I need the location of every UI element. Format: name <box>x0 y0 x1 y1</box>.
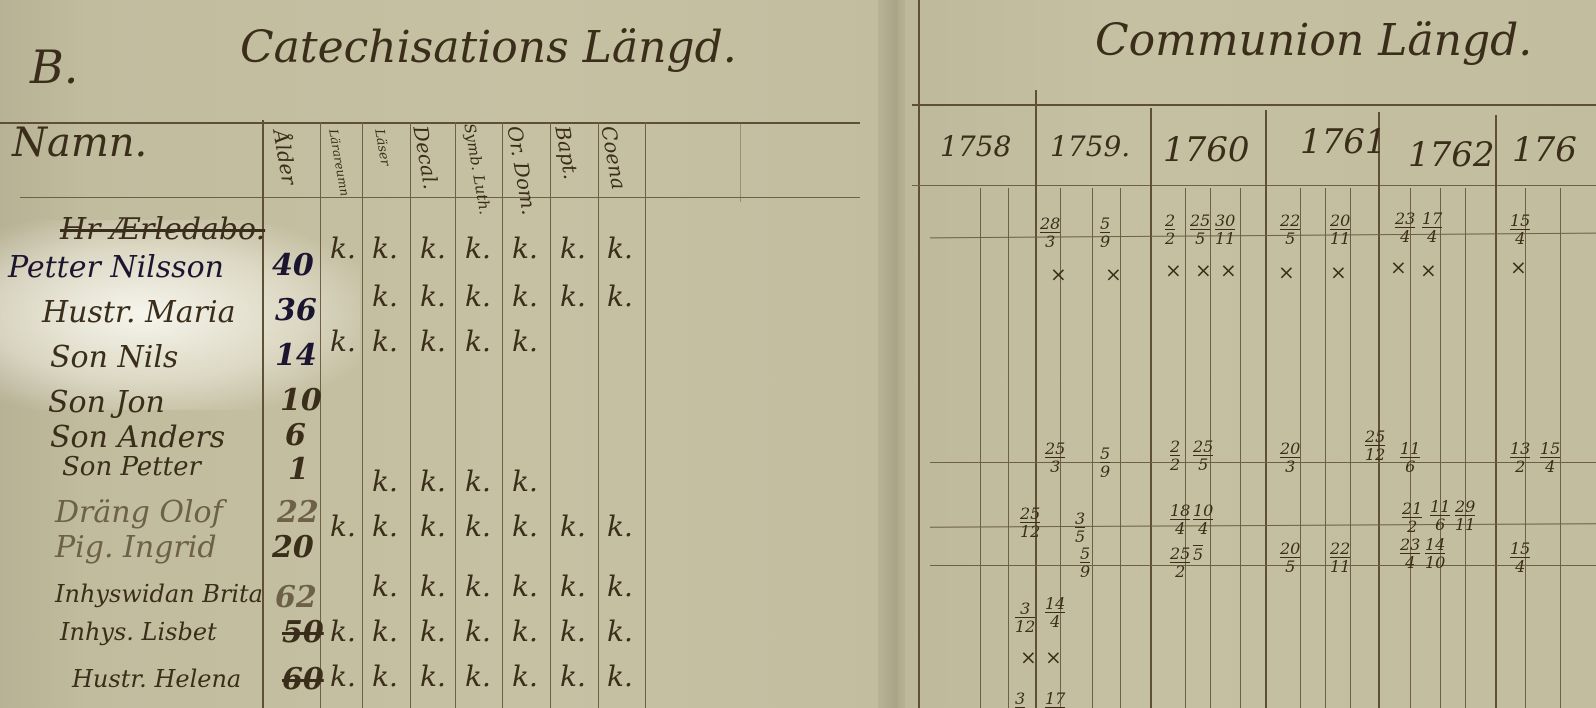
right-margin-rule <box>918 0 920 708</box>
x-mark: × <box>1278 260 1295 284</box>
age-row-6: 1 <box>288 452 309 487</box>
communion-date: 255 <box>1193 438 1213 473</box>
mark-k: k. <box>607 660 633 693</box>
communion-date: 59 <box>1100 445 1110 480</box>
age-row-1: 40 <box>272 248 314 283</box>
mark-k: k. <box>330 510 356 543</box>
name-row-11: Hustr. Helena <box>72 665 241 693</box>
x-mark: × <box>1165 258 1182 282</box>
communion-date: 252 <box>1170 545 1190 580</box>
communion-date: 154 <box>1540 440 1560 475</box>
x-mark: × <box>1195 258 1212 282</box>
mark-k: k. <box>512 615 538 648</box>
communion-date: 35 <box>1075 510 1085 545</box>
x-mark: × <box>1420 258 1437 282</box>
mark-k: k. <box>420 325 446 358</box>
age-row-7: 22 <box>277 495 319 530</box>
year-divider <box>1378 112 1380 708</box>
year-divider <box>1495 115 1497 708</box>
mark-k: k. <box>465 570 491 603</box>
x-mark: × <box>1220 258 1237 282</box>
age-row-11: 60 <box>282 662 324 697</box>
year-divider <box>1150 108 1152 708</box>
sub-column-rule <box>1185 188 1186 708</box>
mark-k: k. <box>607 615 633 648</box>
mark-k: k. <box>560 660 586 693</box>
communion-date: 212 <box>1402 500 1422 535</box>
mark-k: k. <box>372 232 398 265</box>
mark-k: k. <box>560 510 586 543</box>
mark-k: k. <box>420 615 446 648</box>
col-divider <box>362 122 363 708</box>
mark-k: k. <box>372 465 398 498</box>
communion-date: 144 <box>1045 595 1065 630</box>
mark-k: k. <box>420 510 446 543</box>
sub-column-rule <box>1092 188 1093 708</box>
sub-column-rule <box>1440 188 1441 708</box>
x-mark: × <box>1105 262 1122 286</box>
communion-date: 2911 <box>1455 498 1475 533</box>
header-rule-bottom <box>20 197 860 198</box>
name-row-1: Petter Nilsson <box>8 250 224 285</box>
mark-k: k. <box>372 615 398 648</box>
mark-k: k. <box>560 280 586 313</box>
sub-column-rule <box>1325 188 1326 708</box>
age-row-2: 36 <box>275 293 317 328</box>
mark-k: k. <box>512 660 538 693</box>
age-row-10: 50 <box>282 615 324 650</box>
communion-date: 116 <box>1400 440 1420 475</box>
col-divider <box>645 122 646 708</box>
sub-column-rule <box>1465 188 1466 708</box>
communion-date: 174 <box>1422 210 1442 245</box>
name-row-5: Son Anders <box>50 420 225 455</box>
name-row-0: Hr Ærledabo. <box>60 212 265 247</box>
name-row-8: Pig. Ingrid <box>55 530 217 565</box>
col-divider <box>740 122 741 202</box>
mark-k: k. <box>372 325 398 358</box>
year-rule-top <box>912 104 1596 106</box>
mark-k: k. <box>512 325 538 358</box>
communion-date: 22 <box>1165 212 1175 247</box>
communion-date: 132 <box>1510 440 1530 475</box>
mark-k: k. <box>372 280 398 313</box>
mark-k: k. <box>420 232 446 265</box>
mark-k: k. <box>420 660 446 693</box>
communion-date: 203 <box>1280 440 1300 475</box>
year-1759: 1759. <box>1050 130 1130 163</box>
catechisation-title: Catechisations Längd. <box>240 22 737 73</box>
row-guide <box>930 462 1596 463</box>
year-divider <box>1265 110 1267 708</box>
mark-k: k. <box>607 570 633 603</box>
mark-k: k. <box>607 232 633 265</box>
communion-date: 154 <box>1510 212 1530 247</box>
communion-date: 234 <box>1400 536 1420 571</box>
mark-k: k. <box>560 570 586 603</box>
sub-column-rule <box>1008 188 1009 708</box>
name-row-2: Hustr. Maria <box>42 295 235 330</box>
x-mark: × <box>1020 645 1037 669</box>
name-row-3: Son Nils <box>50 340 178 375</box>
year-1760: 1760 <box>1163 130 1250 170</box>
name-row-9: Inhyswidan Brita <box>55 580 263 608</box>
col-divider <box>502 122 503 708</box>
mark-k: k. <box>512 465 538 498</box>
mark-k: k. <box>560 615 586 648</box>
year-1762: 1762 <box>1408 135 1495 175</box>
communion-date: 2211 <box>1330 540 1350 575</box>
col-divider <box>410 122 411 708</box>
name-row-6: Son Petter <box>62 452 201 482</box>
communion-date: 283 <box>1040 215 1060 250</box>
mark-k: k. <box>560 232 586 265</box>
mark-k: k. <box>465 280 491 313</box>
communion-date: 205 <box>1280 540 1300 575</box>
communion-date: 253 <box>1045 440 1065 475</box>
mark-k: k. <box>465 325 491 358</box>
name-row-10: Inhys. Lisbet <box>60 618 217 646</box>
name-row-4: Son Jon <box>48 385 165 420</box>
mark-k: k. <box>420 570 446 603</box>
mark-k: k. <box>372 570 398 603</box>
mark-k: k. <box>465 660 491 693</box>
mark-k: k. <box>465 615 491 648</box>
communion-date: 3011 <box>1215 212 1235 247</box>
communion-date: 154 <box>1510 540 1530 575</box>
x-mark: × <box>1330 260 1347 284</box>
sub-column-rule <box>1350 188 1351 708</box>
mark-k: k. <box>607 510 633 543</box>
col-divider <box>455 122 456 708</box>
communion-date: 225 <box>1280 212 1300 247</box>
names-header: Namn. <box>12 120 147 166</box>
mark-k: k. <box>420 280 446 313</box>
col-divider <box>550 122 551 708</box>
name-row-7: Dräng Olof <box>55 495 223 530</box>
mark-k: k. <box>330 615 356 648</box>
mark-k: k. <box>465 232 491 265</box>
age-row-8: 20 <box>272 530 314 565</box>
communion-date: 59 <box>1080 545 1090 580</box>
x-mark: × <box>1045 645 1062 669</box>
mark-k: k. <box>372 510 398 543</box>
age-row-5: 6 <box>285 418 306 453</box>
communion-date: 312 <box>1015 600 1035 635</box>
age-row-3: 14 <box>275 338 317 373</box>
x-mark: × <box>1510 255 1527 279</box>
communion-title: Communion Längd. <box>1095 15 1532 66</box>
col-divider <box>598 122 599 708</box>
mark-k: k. <box>330 325 356 358</box>
sub-column-rule <box>1240 188 1241 708</box>
mark-k: k. <box>465 465 491 498</box>
mark-k: k. <box>372 660 398 693</box>
communion-date: 1410 <box>1425 536 1445 571</box>
communion-date: 2512 <box>1020 505 1040 540</box>
year-1758: 1758 <box>940 130 1011 163</box>
communion-date: 22 <box>1170 438 1180 473</box>
col-divider-names <box>262 120 264 708</box>
communion-date: 2011 <box>1330 212 1350 247</box>
communion-date: 104 <box>1193 502 1213 537</box>
row-guide <box>930 565 1596 566</box>
communion-date: 17 <box>1045 690 1065 708</box>
communion-date: 184 <box>1170 502 1190 537</box>
mark-k: k. <box>465 510 491 543</box>
mark-k: k. <box>512 570 538 603</box>
section-letter: B. <box>30 40 78 94</box>
communion-date: 2512 <box>1365 428 1385 463</box>
mark-k: k. <box>512 232 538 265</box>
sub-column-rule <box>980 188 981 708</box>
communion-date: 255 <box>1190 212 1210 247</box>
communion-date: 234 <box>1395 210 1415 245</box>
x-mark: × <box>1050 262 1067 286</box>
communion-date: 5 <box>1193 545 1203 563</box>
x-mark: × <box>1390 255 1407 279</box>
year-rule-bottom <box>912 185 1596 186</box>
communion-date: 59 <box>1100 215 1110 250</box>
age-row-4: 10 <box>280 383 322 418</box>
mark-k: k. <box>512 510 538 543</box>
year-176x: 176 <box>1512 130 1577 170</box>
mark-k: k. <box>330 232 356 265</box>
mark-k: k. <box>330 660 356 693</box>
mark-k: k. <box>512 280 538 313</box>
communion-date: 116 <box>1430 498 1450 533</box>
mark-k: k. <box>607 280 633 313</box>
communion-date: 3 <box>1015 690 1025 708</box>
mark-k: k. <box>420 465 446 498</box>
age-row-9: 62 <box>275 580 317 615</box>
year-1761: 1761 <box>1300 122 1387 162</box>
